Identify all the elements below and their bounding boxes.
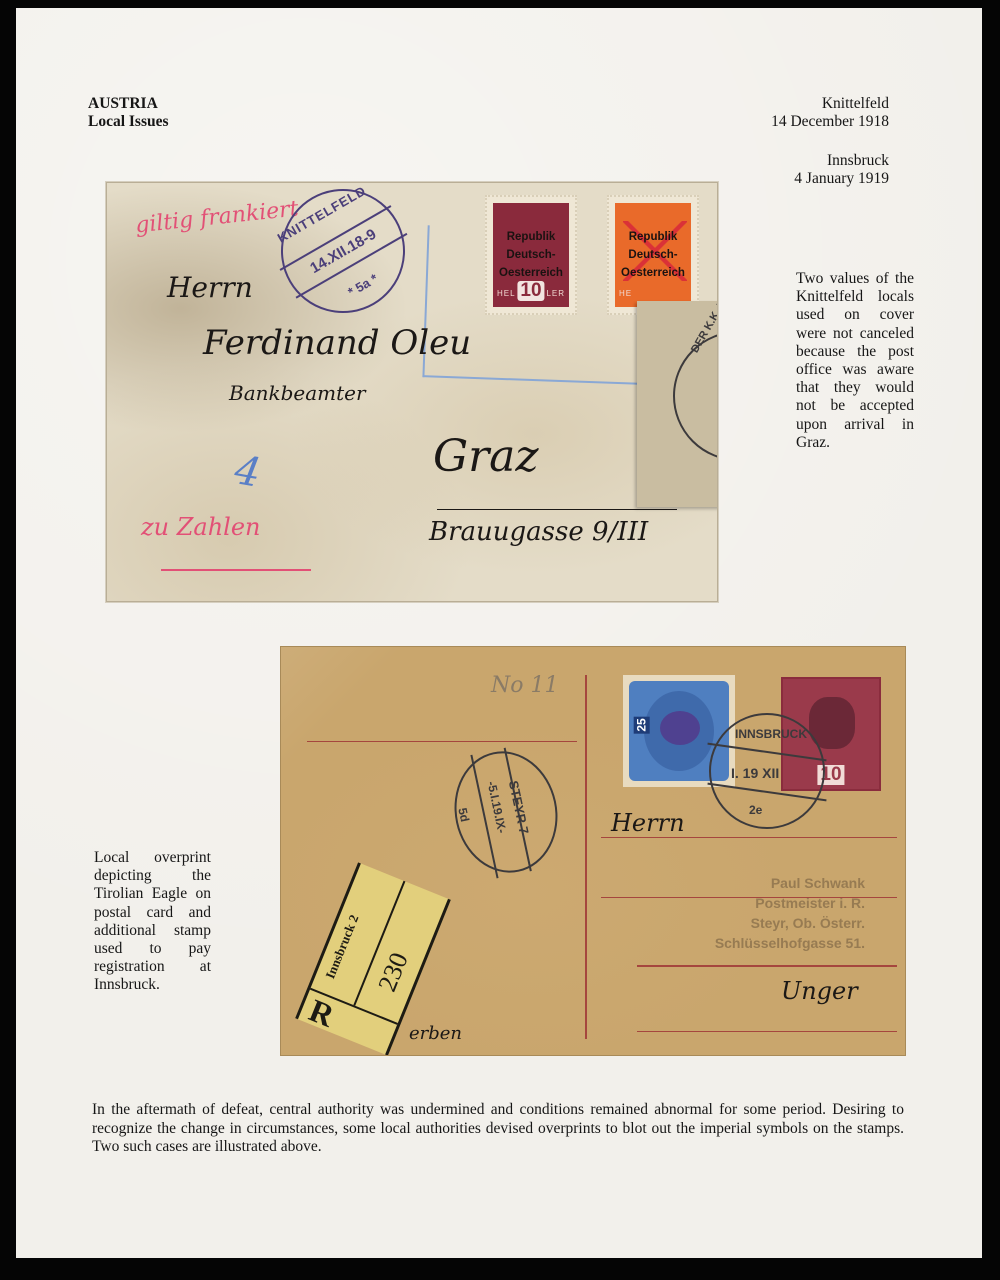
country-title: AUSTRIA	[88, 95, 169, 113]
innsbruck-note: Local overprint depicting the Tirolian E…	[94, 849, 211, 995]
pencil-note: No 11	[491, 673, 558, 698]
item2-heading: Innsbruck 4 January 1919	[794, 152, 889, 188]
steyr-postmark: STEYR 7 -5.I.19.IX- 5d	[443, 742, 568, 883]
item1-date: 14 December 1918	[771, 113, 889, 131]
red-handwriting-bottom: zu Zahlen	[141, 513, 261, 541]
stamp-face: Republik Deutsch- Oesterreich HE	[615, 203, 691, 307]
address-line	[601, 837, 897, 838]
stamp-value: 25	[634, 716, 650, 733]
item2-date: 4 January 1919	[794, 170, 889, 188]
knittelfeld-note: Two values of the Knittelfeld locals use…	[796, 270, 914, 452]
divider-line	[585, 675, 587, 1039]
address-street: Brauugasse 9/III	[429, 517, 648, 547]
sender-address-stamp: Paul Schwank Postmeister i. R. Steyr, Ob…	[665, 873, 865, 953]
innsbruck-postal-card: No 11 25 10 INNSBRUCK I. 19 XII 2e STEYR…	[280, 646, 906, 1056]
address-salutation: Herrn	[167, 271, 253, 304]
eagle-overprint	[660, 711, 700, 745]
page-heading: AUSTRIA Local Issues	[88, 95, 169, 131]
blue-handwritten-number: 4	[231, 447, 264, 497]
card-salutation: Herrn	[611, 809, 685, 837]
stamp-face: Republik Deutsch- Oesterreich HEL 10 LER	[493, 203, 569, 307]
knittelfeld-cover: giltig frankiert KNITTELFELD 14.XII.18-9…	[106, 182, 718, 602]
item1-place: Knittelfeld	[771, 95, 889, 113]
registration-number: 230	[372, 948, 414, 995]
address-name: Ferdinand Oleu	[203, 323, 471, 363]
album-page: AUSTRIA Local Issues Knittelfeld 14 Dece…	[16, 8, 982, 1258]
stamp-10-heller-overprint: Republik Deutsch- Oesterreich HEL 10 LER	[485, 195, 577, 315]
innsbruck-postmark: INNSBRUCK I. 19 XII 2e	[709, 713, 825, 829]
signature: Unger	[781, 977, 858, 1005]
graz-postmark: DER K.K. POST-U. G	[673, 331, 718, 461]
page-caption: In the aftermath of defeat, central auth…	[92, 1101, 904, 1157]
stamp-value: 10	[517, 281, 544, 301]
stamp-orange-overprint: Republik Deutsch- Oesterreich HE	[607, 195, 699, 315]
address-city: Graz	[433, 431, 539, 482]
overprint-text: Republik Deutsch- Oesterreich	[499, 228, 563, 282]
registration-office: Innsbruck 2	[322, 913, 362, 982]
arrival-postmark-fragment: DER K.K. POST-U. G	[637, 301, 718, 507]
item1-heading: Knittelfeld 14 December 1918	[771, 95, 889, 131]
address-line	[637, 965, 897, 967]
rule-line	[307, 741, 577, 742]
address-underline	[437, 509, 677, 510]
registration-letter: R	[298, 988, 398, 1055]
address-line	[637, 1031, 897, 1032]
address-title: Bankbeamter	[229, 381, 366, 405]
label-handwriting: erben	[409, 1023, 462, 1044]
item2-place: Innsbruck	[794, 152, 889, 170]
overprint-text: Republik Deutsch- Oesterreich	[621, 228, 685, 282]
red-underline	[161, 569, 311, 571]
section-title: Local Issues	[88, 113, 169, 131]
